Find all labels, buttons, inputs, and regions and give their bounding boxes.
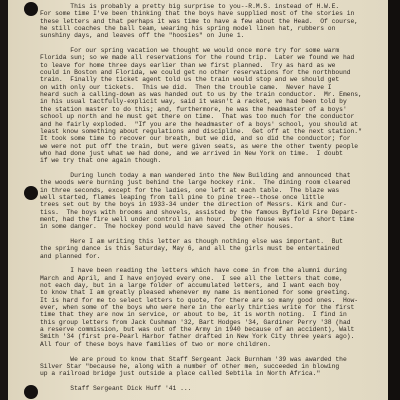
text-line: ment, had the fire well under control in…: [40, 216, 385, 223]
text-line: the spring dance is this Saturday, May 6…: [40, 245, 385, 252]
paragraph: This is probably a pretty big surprise t…: [40, 3, 385, 40]
letter-body: This is probably a pretty big surprise t…: [40, 3, 385, 400]
text-line: This is probably a pretty big surprise t…: [40, 3, 385, 10]
binder-hole-bottom: [24, 385, 38, 399]
text-line: tiss. The boys with brooms and shovels, …: [40, 209, 385, 216]
text-line: he still coaches the ball team, wearing …: [40, 25, 385, 32]
text-line: All four of these boys have families of …: [40, 341, 385, 348]
text-line: this group letters from Jack Cushman '32…: [40, 319, 385, 326]
text-line: It took some time to recover our breath,…: [40, 135, 385, 142]
text-line: if we try that one again though.: [40, 157, 385, 164]
background-edge: [388, 0, 400, 400]
text-line: trees set out by the boys in 1933-34 und…: [40, 201, 385, 208]
paragraph: Here I am writing this letter as though …: [40, 238, 385, 260]
text-line: For some time I've been thinking that th…: [40, 10, 385, 17]
text-line: in three seconds, except for the ladies,…: [40, 187, 385, 194]
text-line: train. Finally the ticket agent told us …: [40, 76, 385, 83]
text-line: the station master to do this; and, furt…: [40, 106, 385, 113]
text-line: who had done just what we had done, and …: [40, 150, 385, 157]
text-line: and planned for.: [40, 253, 385, 260]
text-line: Silver Star "because he, along with a nu…: [40, 363, 385, 370]
text-line: to leave for home three days earlier tha…: [40, 62, 385, 69]
binder-hole-top: [24, 2, 38, 16]
text-line: we were not put off the train, but were …: [40, 143, 385, 150]
text-line: ever, when some of the boys who were her…: [40, 304, 385, 311]
text-line: sunshiny days, and leaves off the "hoosi…: [40, 32, 385, 39]
text-line: For our spring vacation we thought we wo…: [40, 47, 385, 54]
text-line: time that they are now in service, or ab…: [40, 311, 385, 318]
paragraph: During lunch today a man wandered into t…: [40, 172, 385, 231]
text-line: During lunch today a man wandered into t…: [40, 172, 385, 179]
text-line: in some danger. The hockey pond would ha…: [40, 223, 385, 230]
text-line: March and April, and I have enjoyed ever…: [40, 275, 385, 282]
text-line: I have been reading the letters which ha…: [40, 267, 385, 274]
binder-hole-middle: [24, 186, 38, 200]
paragraph: Staff Sergeant Dick Huff '41 ...: [40, 385, 385, 392]
text-line: school up north and he must get there on…: [40, 113, 385, 120]
paragraph: I have been reading the letters which ha…: [40, 267, 385, 348]
text-line: Florida sun; so we made all reservations…: [40, 54, 385, 61]
text-line: up a railroad bridge just outside a plac…: [40, 370, 385, 377]
text-line: It is hard for me to select letters to q…: [40, 297, 385, 304]
text-line: Smith '34 (first pre-Pearl Harbor father…: [40, 333, 385, 340]
paragraph: For our spring vacation we thought we wo…: [40, 47, 385, 165]
text-line: a reserve commission, but was out of the…: [40, 326, 385, 333]
text-line: to know that I am greatly pleased whenev…: [40, 289, 385, 296]
text-line: on with only our tickets. This we did. T…: [40, 84, 385, 91]
text-line: in his usual tactfully-explicit way, sai…: [40, 98, 385, 105]
text-line: well started, flames leaping from tall p…: [40, 194, 385, 201]
text-line: these letters and that perhaps it was ti…: [40, 18, 385, 25]
text-line: Staff Sergeant Dick Huff '41 ...: [40, 385, 385, 392]
text-line: Here I am writing this letter as though …: [40, 238, 385, 245]
text-line: could in Boston and Florida, we could ge…: [40, 69, 385, 76]
text-line: the woods were burning just behind the l…: [40, 179, 385, 186]
text-line: and he fairly exploded. "If you are the …: [40, 121, 385, 128]
text-line: We are proud to know that Staff Sergeant…: [40, 356, 385, 363]
text-line: heard such a calling-down as was handed …: [40, 91, 385, 98]
text-line: not each day, but in a large folder of a…: [40, 282, 385, 289]
text-line: least know something about regulations a…: [40, 128, 385, 135]
paragraph: We are proud to know that Staff Sergeant…: [40, 356, 385, 378]
